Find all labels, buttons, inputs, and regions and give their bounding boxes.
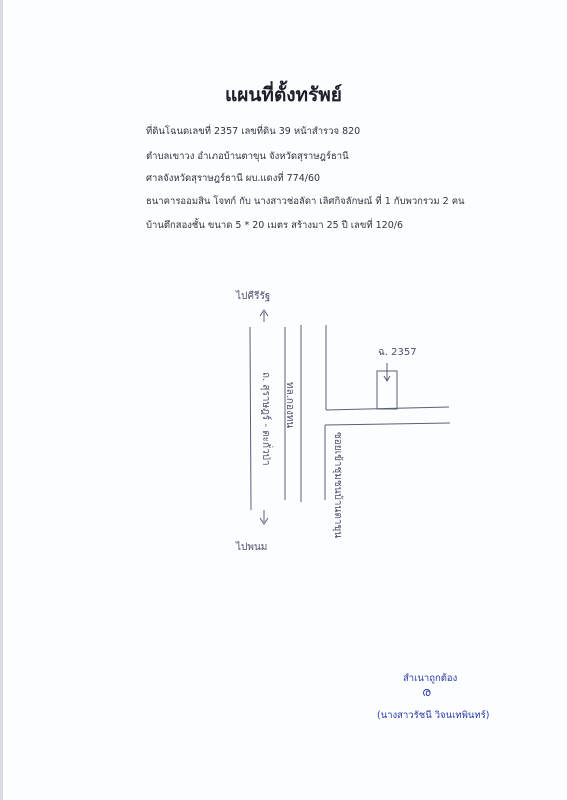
side-road-label: ซอยเข้าชุมชนบ้านตาขุน	[330, 432, 345, 538]
side-road-south-edge	[325, 423, 450, 425]
document-page: แผนที่ตั้งทรัพย์ ที่ดินโฉนดเลขที่ 2357 เ…	[0, 0, 567, 800]
main-road-label: ถ. สุราษฎร์ - ตะกั่วป่า	[258, 372, 273, 466]
label-to-phanom: ไปพนม	[236, 540, 267, 555]
label-to-khiri-rat: ไปคีรีรัฐ	[236, 289, 270, 304]
signature-mark: ര	[422, 685, 431, 700]
certified-copy-text: สำเนาถูกต้อง	[403, 671, 457, 686]
highway-label: ทล.กองทน	[282, 382, 297, 428]
parcel-label: ฉ. 2357	[378, 345, 417, 360]
main-road-left-edge	[250, 330, 251, 510]
signer-name: (นางสาวรัชนี วิจนเทพินทร์)	[377, 708, 489, 723]
